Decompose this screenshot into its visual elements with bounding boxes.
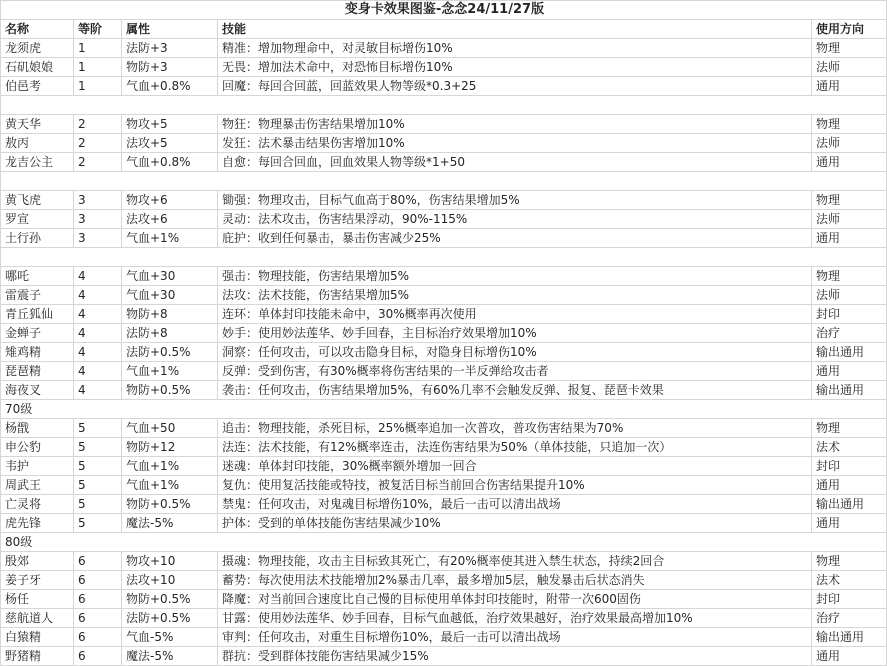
cell-tier: 3: [74, 210, 122, 229]
table-row: 杨任6物防+0.5%降魔：对当前回合速度比自己慢的目标使用单体封印技能时，附带一…: [1, 590, 887, 609]
cell-usage: 通用: [812, 514, 887, 533]
cell-name: 野猪精: [1, 647, 74, 666]
cell-skill: 复仇：使用复活技能或特技，被复活目标当前回合伤害结果提升10%: [218, 476, 812, 495]
cell-usage: 封印: [812, 590, 887, 609]
header-row: 名称等阶属性技能使用方向: [1, 20, 887, 39]
cell-skill: 无畏：增加法术命中，对恐怖目标增伤10%: [218, 58, 812, 77]
cell-tier: 1: [74, 58, 122, 77]
cell-usage: 物理: [812, 191, 887, 210]
table-row: 龙须虎1法防+3精准：增加物理命中，对灵敏目标增伤10%物理: [1, 39, 887, 58]
cell-usage: 法师: [812, 210, 887, 229]
section-row: 70级: [1, 400, 887, 419]
cell-attr: 法攻+10: [122, 571, 218, 590]
cell-name: 周武王: [1, 476, 74, 495]
table-row: 黄飞虎3物攻+6锄强：物理攻击，目标气血高于80%，伤害结果增加5%物理: [1, 191, 887, 210]
table-row: 虎先锋5魔法-5%护体：受到的单体技能伤害结果减少10%通用: [1, 514, 887, 533]
cell-name: 慈航道人: [1, 609, 74, 628]
page-title: 变身卡效果图鉴-念念24/11/27版: [1, 1, 887, 20]
cell-tier: 2: [74, 153, 122, 172]
title-row: 变身卡效果图鉴-念念24/11/27版: [1, 1, 887, 20]
cell-skill: 袭击：任何攻击，伤害结果增加5%，有60%几率不会触发反弹、报复、琵琶卡效果: [218, 381, 812, 400]
cell-usage: 通用: [812, 229, 887, 248]
cell-name: 黄飞虎: [1, 191, 74, 210]
cell-attr: 物攻+6: [122, 191, 218, 210]
cell-usage: 输出通用: [812, 495, 887, 514]
table-row: 野猪精6魔法-5%群抗：受到群体技能伤害结果减少15%通用: [1, 647, 887, 666]
cell-tier: 5: [74, 476, 122, 495]
cell-attr: 魔法-5%: [122, 514, 218, 533]
cell-attr: 法攻+5: [122, 134, 218, 153]
cell-tier: 4: [74, 267, 122, 286]
table-row: 罗宣3法攻+6灵动：法术攻击，伤害结果浮动，90%-115%法师: [1, 210, 887, 229]
cell-usage: 法师: [812, 286, 887, 305]
table-row: 海夜叉4物防+0.5%袭击：任何攻击，伤害结果增加5%，有60%几率不会触发反弹…: [1, 381, 887, 400]
cell-usage: 通用: [812, 476, 887, 495]
cell-skill: 精准：增加物理命中，对灵敏目标增伤10%: [218, 39, 812, 58]
cell-name: 杨任: [1, 590, 74, 609]
cell-name: 雉鸡精: [1, 343, 74, 362]
table-row: 周武王5气血+1%复仇：使用复活技能或特技，被复活目标当前回合伤害结果提升10%…: [1, 476, 887, 495]
cell-name: 龙须虎: [1, 39, 74, 58]
cell-attr: 物防+8: [122, 305, 218, 324]
cell-skill: 群抗：受到群体技能伤害结果减少15%: [218, 647, 812, 666]
cell-tier: 3: [74, 229, 122, 248]
cell-skill: 回魔：每回合回蓝，回蓝效果人物等级*0.3+25: [218, 77, 812, 96]
cell-name: 金蝉子: [1, 324, 74, 343]
cell-skill: 降魔：对当前回合速度比自己慢的目标使用单体封印技能时，附带一次600固伤: [218, 590, 812, 609]
cell-skill: 灵动：法术攻击，伤害结果浮动，90%-115%: [218, 210, 812, 229]
cell-skill: 妙手：使用妙法莲华、妙手回春，主目标治疗效果增加10%: [218, 324, 812, 343]
table-row: 申公豹5物防+12法连：法术技能，有12%概率连击，法连伤害结果为50%（单体技…: [1, 438, 887, 457]
cell-skill: 连环：单体封印技能未命中，30%概率再次使用: [218, 305, 812, 324]
table-row: 亡灵将5物防+0.5%禁鬼：任何攻击，对鬼魂目标增伤10%，最后一击可以清出战场…: [1, 495, 887, 514]
cell-name: 青丘狐仙: [1, 305, 74, 324]
cell-usage: 物理: [812, 39, 887, 58]
cell-skill: 摄魂：物理技能，攻击主目标致其死亡，有20%概率使其进入禁生状态，持续2回合: [218, 552, 812, 571]
cell-tier: 6: [74, 647, 122, 666]
table-row: 金蝉子4法防+8妙手：使用妙法莲华、妙手回春，主目标治疗效果增加10%治疗: [1, 324, 887, 343]
cell-tier: 2: [74, 134, 122, 153]
cell-skill: 法连：法术技能，有12%概率连击，法连伤害结果为50%（单体技能，只追加一次）: [218, 438, 812, 457]
spacer-row: [1, 172, 887, 191]
table-row: 琵琶精4气血+1%反弹：受到伤害，有30%概率将伤害结果的一半反弹给攻击者通用: [1, 362, 887, 381]
cell-name: 敖丙: [1, 134, 74, 153]
table-row: 哪吒4气血+30强击：物理技能，伤害结果增加5%物理: [1, 267, 887, 286]
cell-name: 土行孙: [1, 229, 74, 248]
cell-skill: 物狂：物理暴击伤害结果增加10%: [218, 115, 812, 134]
column-header-0: 名称: [1, 20, 74, 39]
cell-name: 殷郊: [1, 552, 74, 571]
cell-usage: 封印: [812, 305, 887, 324]
cell-skill: 强击：物理技能，伤害结果增加5%: [218, 267, 812, 286]
cell-tier: 6: [74, 571, 122, 590]
table-row: 龙吉公主2气血+0.8%自愈：每回合回血，回血效果人物等级*1+50通用: [1, 153, 887, 172]
cell-usage: 通用: [812, 362, 887, 381]
cell-tier: 5: [74, 457, 122, 476]
cell-tier: 6: [74, 590, 122, 609]
cell-name: 黄天华: [1, 115, 74, 134]
table-row: 杨戬5气血+50追击：物理技能，杀死目标，25%概率追加一次普攻，普攻伤害结果为…: [1, 419, 887, 438]
cell-tier: 4: [74, 362, 122, 381]
cell-skill: 庇护：收到任何暴击，暴击伤害减少25%: [218, 229, 812, 248]
table-row: 土行孙3气血+1%庇护：收到任何暴击，暴击伤害减少25%通用: [1, 229, 887, 248]
cell-tier: 5: [74, 438, 122, 457]
cell-usage: 法师: [812, 134, 887, 153]
table-row: 伯邑考1气血+0.8%回魔：每回合回蓝，回蓝效果人物等级*0.3+25通用: [1, 77, 887, 96]
cell-usage: 通用: [812, 153, 887, 172]
section-label: 70级: [1, 400, 887, 419]
cell-tier: 6: [74, 609, 122, 628]
spacer-cell: [1, 248, 887, 267]
cell-name: 罗宣: [1, 210, 74, 229]
cell-name: 亡灵将: [1, 495, 74, 514]
cell-name: 伯邑考: [1, 77, 74, 96]
cell-skill: 发狂：法术暴击结果伤害增加10%: [218, 134, 812, 153]
cell-tier: 5: [74, 495, 122, 514]
cell-attr: 气血-5%: [122, 628, 218, 647]
cell-usage: 法术: [812, 571, 887, 590]
table-row: 姜子牙6法攻+10蓄势：每次使用法术技能增加2%暴击几率，最多增加5层，触发暴击…: [1, 571, 887, 590]
cell-attr: 物防+0.5%: [122, 590, 218, 609]
cell-attr: 气血+1%: [122, 362, 218, 381]
spacer-cell: [1, 96, 887, 115]
cell-skill: 审判：任何攻击，对重生目标增伤10%，最后一击可以清出战场: [218, 628, 812, 647]
cell-attr: 气血+50: [122, 419, 218, 438]
spacer-row: [1, 248, 887, 267]
spacer-row: [1, 96, 887, 115]
cell-tier: 6: [74, 628, 122, 647]
spacer-cell: [1, 172, 887, 191]
cell-usage: 治疗: [812, 324, 887, 343]
table-row: 慈航道人6法防+0.5%甘露：使用妙法莲华、妙手回春，目标气血越低，治疗效果越好…: [1, 609, 887, 628]
cell-skill: 洞察：任何攻击，可以攻击隐身目标，对隐身目标增伤10%: [218, 343, 812, 362]
cell-attr: 法防+3: [122, 39, 218, 58]
cell-tier: 1: [74, 77, 122, 96]
section-row: 80级: [1, 533, 887, 552]
page: 变身卡效果图鉴-念念24/11/27版 名称等阶属性技能使用方向 龙须虎1法防+…: [0, 0, 887, 666]
cell-attr: 气血+1%: [122, 229, 218, 248]
cell-attr: 气血+1%: [122, 476, 218, 495]
cell-attr: 气血+30: [122, 286, 218, 305]
cell-name: 石矶娘娘: [1, 58, 74, 77]
cell-attr: 法防+0.5%: [122, 609, 218, 628]
cell-attr: 物攻+5: [122, 115, 218, 134]
cell-name: 海夜叉: [1, 381, 74, 400]
cell-skill: 甘露：使用妙法莲华、妙手回春，目标气血越低，治疗效果越好，治疗效果最高增加10%: [218, 609, 812, 628]
cell-name: 龙吉公主: [1, 153, 74, 172]
cell-tier: 2: [74, 115, 122, 134]
section-label: 80级: [1, 533, 887, 552]
cell-attr: 魔法-5%: [122, 647, 218, 666]
cell-attr: 物防+0.5%: [122, 495, 218, 514]
cell-skill: 迷魂：单体封印技能，30%概率额外增加一回合: [218, 457, 812, 476]
cell-name: 申公豹: [1, 438, 74, 457]
cell-tier: 4: [74, 305, 122, 324]
table-row: 韦护5气血+1%迷魂：单体封印技能，30%概率额外增加一回合封印: [1, 457, 887, 476]
cell-name: 哪吒: [1, 267, 74, 286]
column-header-2: 属性: [122, 20, 218, 39]
table-row: 殷郊6物攻+10摄魂：物理技能，攻击主目标致其死亡，有20%概率使其进入禁生状态…: [1, 552, 887, 571]
cell-attr: 法防+0.5%: [122, 343, 218, 362]
cell-attr: 气血+30: [122, 267, 218, 286]
cell-attr: 气血+1%: [122, 457, 218, 476]
cell-skill: 蓄势：每次使用法术技能增加2%暴击几率，最多增加5层，触发暴击后状态消失: [218, 571, 812, 590]
cell-tier: 5: [74, 419, 122, 438]
cell-usage: 封印: [812, 457, 887, 476]
cell-skill: 法攻：法术技能，伤害结果增加5%: [218, 286, 812, 305]
column-header-4: 使用方向: [812, 20, 887, 39]
card-effect-table: 变身卡效果图鉴-念念24/11/27版 名称等阶属性技能使用方向 龙须虎1法防+…: [0, 0, 887, 666]
cell-tier: 3: [74, 191, 122, 210]
cell-skill: 反弹：受到伤害，有30%概率将伤害结果的一半反弹给攻击者: [218, 362, 812, 381]
cell-name: 雷震子: [1, 286, 74, 305]
table-row: 雷震子4气血+30法攻：法术技能，伤害结果增加5%法师: [1, 286, 887, 305]
cell-usage: 通用: [812, 647, 887, 666]
cell-usage: 物理: [812, 115, 887, 134]
cell-skill: 锄强：物理攻击，目标气血高于80%，伤害结果增加5%: [218, 191, 812, 210]
cell-attr: 物防+12: [122, 438, 218, 457]
cell-usage: 输出通用: [812, 343, 887, 362]
cell-name: 琵琶精: [1, 362, 74, 381]
cell-tier: 6: [74, 552, 122, 571]
cell-tier: 4: [74, 286, 122, 305]
cell-attr: 物防+0.5%: [122, 381, 218, 400]
cell-attr: 气血+0.8%: [122, 77, 218, 96]
cell-tier: 4: [74, 343, 122, 362]
table-row: 敖丙2法攻+5发狂：法术暴击结果伤害增加10%法师: [1, 134, 887, 153]
cell-skill: 追击：物理技能，杀死目标，25%概率追加一次普攻，普攻伤害结果为70%: [218, 419, 812, 438]
cell-usage: 通用: [812, 77, 887, 96]
cell-tier: 4: [74, 381, 122, 400]
cell-attr: 气血+0.8%: [122, 153, 218, 172]
table-row: 青丘狐仙4物防+8连环：单体封印技能未命中，30%概率再次使用封印: [1, 305, 887, 324]
cell-tier: 1: [74, 39, 122, 58]
cell-name: 白猿精: [1, 628, 74, 647]
cell-usage: 物理: [812, 552, 887, 571]
cell-usage: 输出通用: [812, 628, 887, 647]
cell-attr: 法防+8: [122, 324, 218, 343]
table-row: 石矶娘娘1物防+3无畏：增加法术命中，对恐怖目标增伤10%法师: [1, 58, 887, 77]
cell-name: 韦护: [1, 457, 74, 476]
cell-attr: 法攻+6: [122, 210, 218, 229]
cell-skill: 自愈：每回合回血，回血效果人物等级*1+50: [218, 153, 812, 172]
cell-attr: 物攻+10: [122, 552, 218, 571]
column-header-1: 等阶: [74, 20, 122, 39]
cell-usage: 输出通用: [812, 381, 887, 400]
cell-name: 杨戬: [1, 419, 74, 438]
cell-attr: 物防+3: [122, 58, 218, 77]
cell-tier: 4: [74, 324, 122, 343]
table-row: 黄天华2物攻+5物狂：物理暴击伤害结果增加10%物理: [1, 115, 887, 134]
cell-usage: 物理: [812, 419, 887, 438]
cell-usage: 法师: [812, 58, 887, 77]
cell-tier: 5: [74, 514, 122, 533]
table-row: 白猿精6气血-5%审判：任何攻击，对重生目标增伤10%，最后一击可以清出战场输出…: [1, 628, 887, 647]
cell-usage: 治疗: [812, 609, 887, 628]
cell-skill: 护体：受到的单体技能伤害结果减少10%: [218, 514, 812, 533]
cell-usage: 物理: [812, 267, 887, 286]
table-row: 雉鸡精4法防+0.5%洞察：任何攻击，可以攻击隐身目标，对隐身目标增伤10%输出…: [1, 343, 887, 362]
cell-name: 姜子牙: [1, 571, 74, 590]
cell-skill: 禁鬼：任何攻击，对鬼魂目标增伤10%，最后一击可以清出战场: [218, 495, 812, 514]
cell-usage: 法术: [812, 438, 887, 457]
cell-name: 虎先锋: [1, 514, 74, 533]
column-header-3: 技能: [218, 20, 812, 39]
